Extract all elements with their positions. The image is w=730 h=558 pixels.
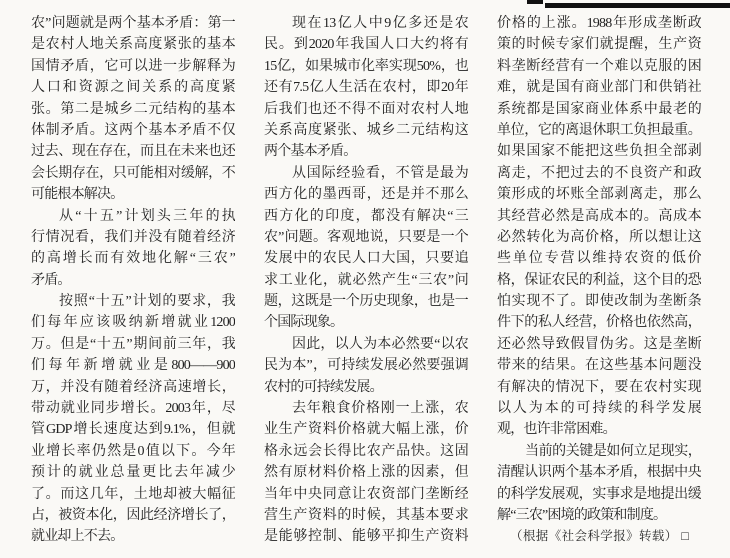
text-line: 了。而这几年，土地却被大幅征 — [31, 484, 235, 505]
text-line: 农”问题就是两个基本矛盾：第一 — [31, 13, 235, 34]
text-line: 如果国家不能把这些负担全部剥 — [497, 141, 701, 162]
text-line: 按照“十五”计划的要求，我 — [31, 291, 235, 312]
text-line: 预计的就业总量更比去年减少 — [31, 462, 235, 483]
text-line: 们每年新增就业是800——900 — [31, 355, 235, 376]
text-line: 关系高度紧张、城乡二元结构这 — [264, 120, 468, 141]
text-line: 料垄断经营有一个难以克服的困 — [497, 56, 701, 77]
text-line: 业增长率仍然是0值以下。今年 — [31, 441, 235, 462]
text-line: 离走，不把过去的不良资产和政 — [497, 163, 701, 184]
text-line: 必然转化为高价格，所以想让这 — [497, 227, 701, 248]
text-line: 西方化的印度，都没有解决“三 — [264, 206, 468, 227]
text-line: 农村的可持续发展。 — [264, 377, 468, 398]
text-line: 其经营必然是高成本的。高成本 — [497, 206, 701, 227]
text-line: 解“三农”困境的政策和制度。 — [497, 505, 701, 526]
text-line: 单位，它的离退休职工负担最重。 — [497, 120, 701, 141]
text-line: 还必然导致假冒伪劣。这是垄断 — [497, 334, 701, 355]
text-line: 国情矛盾，它可以进一步解释为 — [31, 56, 235, 77]
text-line: 万。但是“十五”期间前三年，我 — [31, 334, 235, 355]
text-line: 当年中央同意让农资部门垄断经 — [264, 484, 468, 505]
text-line: 还有7.5亿人生活在农村，即20年 — [264, 77, 468, 98]
text-line: 从“十五”计划头三年的执 — [31, 206, 235, 227]
text-line: 怕实现不了。即使改制为垄断条 — [497, 291, 701, 312]
text-line: 会长期存在，只可能相对缓解，不 — [31, 163, 235, 184]
text-line: 去年粮食价格刚一上涨，农 — [264, 398, 468, 419]
text-line: 万，并没有随着经济高速增长， — [31, 377, 235, 398]
text-line: 清醒认识两个基本矛盾，根据中央 — [497, 462, 701, 483]
scanned-article-page: 农”问题就是两个基本矛盾：第一是农村人地关系高度紧张的基本国情矛盾，它可以进一步… — [0, 0, 730, 558]
text-line: 民。到2020年我国人口大约将有 — [264, 34, 468, 55]
text-line: 件下的私人经营，价格也依然高， — [497, 312, 701, 333]
text-line: 的科学发展观，实事求是地提出缓 — [497, 484, 701, 505]
text-line: 就业却上不去。 — [31, 526, 235, 547]
text-column-middle: 现在13亿人中9亿多还是农民。到2020年我国人口大约将有15亿，如果城市化率实… — [264, 0, 468, 548]
text-line: 是农村人地关系高度紧张的基本 — [31, 34, 235, 55]
text-line: 从国际经验看，不管是最为 — [264, 163, 468, 184]
text-line: 两个基本矛盾。 — [264, 141, 468, 162]
text-column-right: 价格的上涨。1988年形成垄断政策的时候专家们就提醒，生产资料垄断经营有一个难以… — [497, 0, 701, 548]
text-line: 西方化的墨西哥，还是并不那么 — [264, 184, 468, 205]
text-line: 业生产资料价格就大幅上涨，价 — [264, 419, 468, 440]
text-line: 张。第二是城乡二元结构的基本 — [31, 99, 235, 120]
text-line: 带来的结果。在这些基本问题没 — [497, 355, 701, 376]
text-line: 题，这既是一个历史现象，也是一 — [264, 291, 468, 312]
text-line: 然有原材料价格上涨的因素，但 — [264, 462, 468, 483]
text-line: 行情况看，我们并没有随着经济 — [31, 227, 235, 248]
text-line: 难，就是国有商业部门和供销社 — [497, 77, 701, 98]
text-line: 可能根本解决。 — [31, 184, 235, 205]
text-line: 民为本”，可持续发展必然要强调 — [264, 355, 468, 376]
text-line: 后我们也还不得不面对农村人地 — [264, 99, 468, 120]
text-line: 发展中的农民人口大国，只要追 — [264, 248, 468, 269]
text-line: 当前的关键是如何立足现实， — [497, 441, 701, 462]
text-line: 体制矛盾。这两个基本矛盾不仅 — [31, 120, 235, 141]
text-line: 观，也许非常困难。 — [497, 419, 701, 440]
text-line: 以人为本的可持续的科学发展 — [497, 398, 701, 419]
text-line: 营生产资料的时候，其基本要求 — [264, 505, 468, 526]
text-line: 系统都是国家商业体系中最老的 — [497, 99, 701, 120]
text-line: 们每年应该吸纳新增就业1200 — [31, 312, 235, 333]
text-line: 过去、现在存在，而且在未来也还 — [31, 141, 235, 162]
text-line: 因此，以人为本必然要“以农 — [264, 334, 468, 355]
text-line: 现在13亿人中9亿多还是农 — [264, 13, 468, 34]
text-line: 求工业化，就必然产生“三农”问 — [264, 270, 468, 291]
text-line: 个国际现象。 — [264, 312, 468, 333]
text-line: 有解决的情况下，要在农村实现 — [497, 377, 701, 398]
text-column-left: 农”问题就是两个基本矛盾：第一是农村人地关系高度紧张的基本国情矛盾，它可以进一步… — [31, 0, 235, 548]
text-line: 策形成的坏账全部剥离走，那么 — [497, 184, 701, 205]
text-line: 占，被资本化，因此经济增长了， — [31, 505, 235, 526]
text-line: 些单位专营以维持农资的低价 — [497, 248, 701, 269]
text-line: 的高增长而有效地化解“三农” — [31, 248, 235, 269]
text-line: 策的时候专家们就提醒，生产资 — [497, 34, 701, 55]
text-line: 带动就业同步增长。2003年，尽 — [31, 398, 235, 419]
text-line: 人口和资源之间关系的高度紧 — [31, 77, 235, 98]
text-line: 15亿，如果城市化率实现50%，也 — [264, 56, 468, 77]
text-line: 是能够控制、能够平抑生产资料 — [264, 526, 468, 547]
text-line: 农”问题。客观地说，只要是一个 — [264, 227, 468, 248]
text-line: 格，保证农民的利益，这个目的恐 — [497, 270, 701, 291]
text-line: 矛盾。 — [31, 270, 235, 291]
text-line: 管GDP增长速度达到9.1%，但就 — [31, 419, 235, 440]
text-line: 格永远会长得比农产品快。这固 — [264, 441, 468, 462]
text-line: （根据《社会科学报》转载） □ — [497, 526, 701, 547]
text-line: 价格的上涨。1988年形成垄断政 — [497, 13, 701, 34]
